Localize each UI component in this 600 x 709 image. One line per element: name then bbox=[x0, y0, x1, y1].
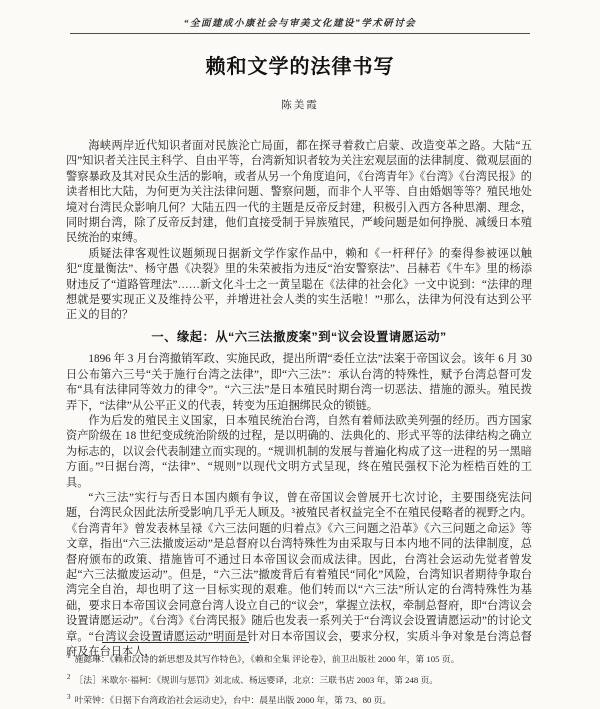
footnote-1-text: 施懿琳：《赖和汉诗的新思想及其写作特色》，《赖和全集 评论卷》，前卫出版社 20… bbox=[75, 654, 460, 664]
paragraph-2: 质疑法律客观性议题频现日据新文学作家作品中，赖和《一杆秤仔》的秦得参被诬以触犯“… bbox=[66, 247, 532, 324]
article-body: 海峡两岸近代知识者面对民族沦亡局面，都在探寻着救亡启蒙、改造变革之路。大陆“五四… bbox=[66, 139, 532, 660]
footnotes-block: 1施懿琳：《赖和汉诗的新思想及其写作特色》，《赖和全集 评论卷》，前卫出版社 2… bbox=[66, 642, 536, 709]
footnote-3-marker: 3 bbox=[67, 693, 71, 701]
footnote-2-marker: 2 bbox=[67, 673, 71, 681]
footnote-2-text: ［法］米歇尔·福柯：《规训与惩罚》刘北成、杨远婴译，北京：三联书店 2003 年… bbox=[75, 674, 439, 684]
conference-running-title: “全面建成小康社会与审美文化建设”学术研讨会 bbox=[0, 15, 600, 29]
paragraph-4: 作为后发的殖民主义国家，日本殖民统治台湾，自然有着师法欧美列强的经历。西方国家资… bbox=[66, 414, 532, 491]
header-rule bbox=[70, 33, 530, 34]
footnote-3-text: 叶荣钟：《日据下台湾政治社会运动史》，台中：晨星出版 2000 年，第 73、8… bbox=[75, 695, 392, 705]
author-name: 陈美霞 bbox=[0, 97, 600, 112]
paragraph-3: 1896 年 3 月台湾撤销军政、实施民政，提出所谓“委任立法”法案于帝国议会。… bbox=[66, 352, 532, 414]
paragraph-5: “六三法”实行与否日本国内颇有争议，曾在帝国议会曾展开七次讨论，主要围绕宪法问题… bbox=[66, 491, 532, 660]
section-1-heading: 一、缘起：从“六三法撤废案”到“议会设置请愿运动” bbox=[66, 330, 532, 345]
page-title: 赖和文学的法律书写 bbox=[0, 50, 600, 79]
footnote-1: 1施懿琳：《赖和汉诗的新思想及其写作特色》，《赖和全集 评论卷》，前卫出版社 2… bbox=[66, 648, 536, 669]
footnote-2: 2［法］米歇尔·福柯：《规训与惩罚》刘北成、杨远婴译，北京：三联书店 2003 … bbox=[66, 669, 536, 690]
paragraph-1: 海峡两岸近代知识者面对民族沦亡局面，都在探寻着救亡启蒙、改造变革之路。大陆“五四… bbox=[66, 139, 532, 247]
page-header: “全面建成小康社会与审美文化建设”学术研讨会 bbox=[0, 15, 600, 34]
document-page: “全面建成小康社会与审美文化建设”学术研讨会 赖和文学的法律书写 陈美霞 海峡两… bbox=[0, 0, 600, 709]
footnote-separator bbox=[102, 642, 249, 643]
footnote-3: 3叶荣钟：《日据下台湾政治社会运动史》，台中：晨星出版 2000 年，第 73、… bbox=[66, 689, 536, 709]
footnote-1-marker: 1 bbox=[67, 652, 71, 660]
